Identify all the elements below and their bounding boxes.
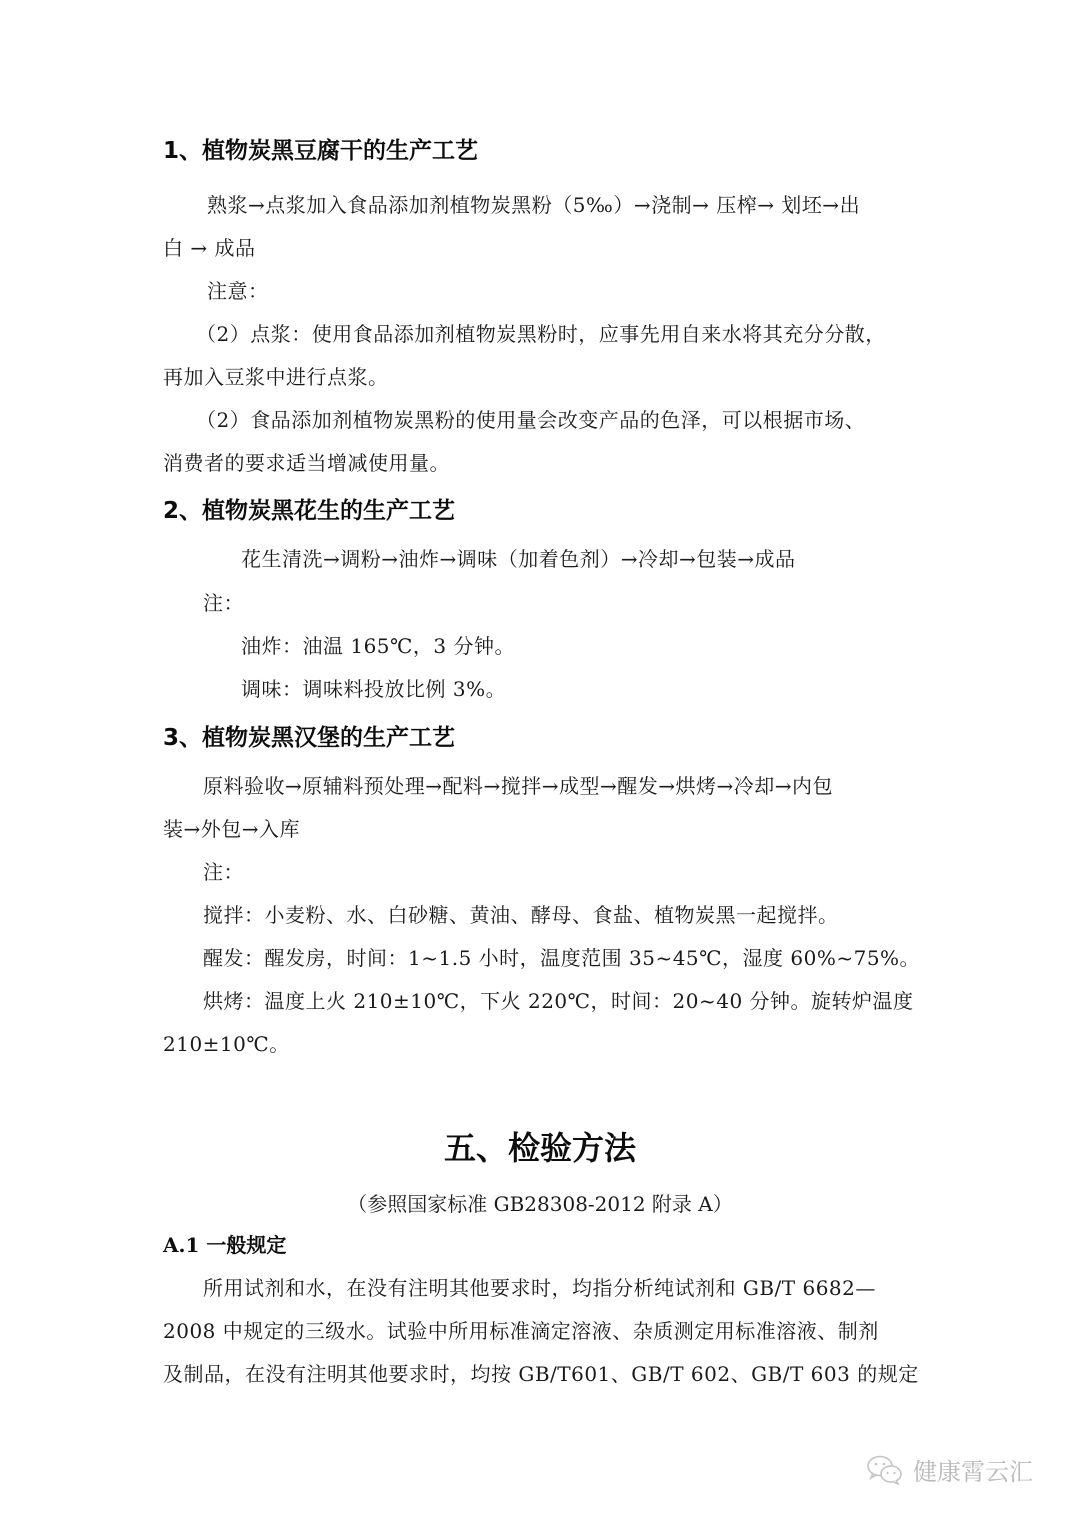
section-3-note-2: 醒发：醒发房，时间：1~1.5 小时，温度范围 35~45℃，湿度 60%~75… [203, 942, 920, 971]
chapter-title: 五、检验方法 [0, 1123, 1080, 1169]
watermark-text: 健康霄云汇 [913, 1452, 1033, 1487]
section-1-note-label: 注意： [207, 275, 269, 304]
section-3-process-line-2: 装→外包→入库 [163, 813, 300, 842]
section-3-process-line-1: 原料验收→原辅料预处理→配料→搅拌→成型→醒发→烘烤→冷却→内包 [203, 770, 833, 799]
section-2-note-1: 油炸：油温 165℃，3 分钟。 [241, 630, 515, 659]
section-3-note-label: 注： [203, 856, 244, 885]
section-2-note-2: 调味：调味料投放比例 3%。 [241, 673, 506, 702]
section-1-note-1-line-1: （2）点浆：使用食品添加剂植物炭黑粉时，应事先用自来水将其充分分散， [196, 318, 886, 347]
section-1-process-line-2: 白 → 成品 [163, 232, 255, 261]
section-3-heading: 3、植物炭黑汉堡的生产工艺 [163, 719, 455, 752]
clause-line-3: 及制品，在没有注明其他要求时，均按 GB/T601、GB/T 602、GB/T … [163, 1358, 919, 1387]
wechat-icon [865, 1454, 905, 1486]
clause-line-2: 2008 中规定的三级水。试验中所用标准滴定溶液、杂质测定用标准溶液、制剂 [163, 1315, 879, 1344]
section-1-process-line-1: 熟浆→点浆加入食品添加剂植物炭黑粉（5‰）→浇制→ 压榨→ 划坯→出 [207, 189, 860, 218]
section-2-note-label: 注： [203, 587, 244, 616]
section-1-note-1-line-2: 再加入豆浆中进行点浆。 [163, 361, 389, 390]
section-1-note-2-line-2: 消费者的要求适当增减使用量。 [163, 447, 450, 476]
clause-line-1: 所用试剂和水，在没有注明其他要求时，均指分析纯试剂和 GB/T 6682— [203, 1272, 876, 1301]
section-1-heading: 1、植物炭黑豆腐干的生产工艺 [163, 132, 478, 165]
section-1-note-2-line-1: （2）食品添加剂植物炭黑粉的使用量会改变产品的色泽，可以根据市场、 [196, 404, 865, 433]
section-2-heading: 2、植物炭黑花生的生产工艺 [163, 492, 455, 525]
section-3-note-3-line-1: 烘烤：温度上火 210±10℃，下火 220℃，时间：20~40 分钟。旋转炉温… [203, 985, 914, 1014]
clause-heading: A.1 一般规定 [163, 1229, 286, 1258]
section-3-note-3-line-2: 210±10℃。 [163, 1028, 290, 1057]
section-3-note-1: 搅拌：小麦粉、水、白砂糖、黄油、酵母、食盐、植物炭黑一起搅拌。 [203, 899, 839, 928]
chapter-subtitle: （参照国家标准 GB28308-2012 附录 A） [0, 1188, 1080, 1217]
section-2-process-line-1: 花生清洗→调粉→油炸→调味（加着色剂）→冷却→包装→成品 [241, 543, 796, 572]
watermark: 健康霄云汇 [865, 1452, 1033, 1487]
